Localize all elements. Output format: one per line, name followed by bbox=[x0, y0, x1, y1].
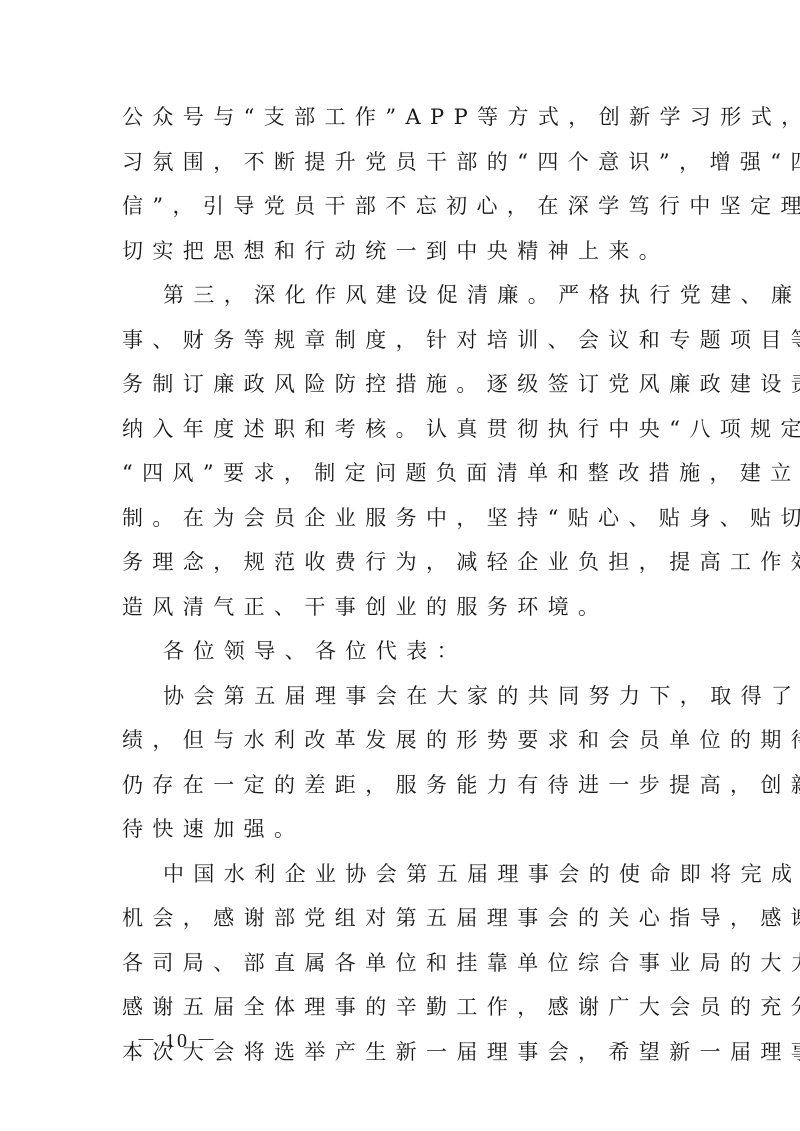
text-line: 纳入年度述职和考核。认真贯彻执行中央“八项规定”和反 bbox=[122, 407, 692, 452]
document-page: 公众号与“支部工作”APP等方式，创新学习形式，活跃学 习氛围，不断提升党员干部… bbox=[0, 0, 800, 1131]
paragraph-start-line: 第三，深化作风建设促清廉。严格执行党建、廉政、人 bbox=[122, 273, 692, 318]
salutation-line: 各位领导、各位代表： bbox=[122, 629, 692, 674]
paragraph-start-line: 协会第五届理事会在大家的共同努力下，取得了一些成 bbox=[122, 674, 692, 719]
text-line: 仍存在一定的差距，服务能力有待进一步提高，创新能力亟 bbox=[122, 763, 692, 808]
text-line: 制。在为会员企业服务中，坚持“贴心、贴身、贴切”的服 bbox=[122, 496, 692, 541]
text-line: 待快速加强。 bbox=[122, 807, 692, 852]
text-line: 公众号与“支部工作”APP等方式，创新学习形式，活跃学 bbox=[122, 95, 692, 140]
text-line: 习氛围，不断提升党员干部的“四个意识”，增强“四个自 bbox=[122, 140, 692, 185]
text-line: 造风清气正、干事创业的服务环境。 bbox=[122, 585, 692, 630]
text-line: 感谢五届全体理事的辛勤工作，感谢广大会员的充分信任。 bbox=[122, 985, 692, 1030]
body-text: 公众号与“支部工作”APP等方式，创新学习形式，活跃学 习氛围，不断提升党员干部… bbox=[122, 95, 692, 1074]
paragraph-start-line: 中国水利企业协会第五届理事会的使命即将完成，借此 bbox=[122, 852, 692, 897]
text-line: 切实把思想和行动统一到中央精神上来。 bbox=[122, 229, 692, 274]
text-line: “四风”要求，制定问题负面清单和整改措施，建立长效机 bbox=[122, 451, 692, 496]
page-number: － 10 － bbox=[136, 1024, 218, 1053]
text-line: 务理念，规范收费行为，减轻企业负担，提高工作效率，营 bbox=[122, 540, 692, 585]
text-line: 机会，感谢部党组对第五届理事会的关心指导，感谢部机关 bbox=[122, 896, 692, 941]
text-line: 绩，但与水利改革发展的形势要求和会员单位的期待相比， bbox=[122, 718, 692, 763]
text-line: 各司局、部直属各单位和挂靠单位综合事业局的大力支持， bbox=[122, 941, 692, 986]
text-line: 信”，引导党员干部不忘初心，在深学笃行中坚定理想信念， bbox=[122, 184, 692, 229]
text-line: 事、财务等规章制度，针对培训、会议和专题项目等主要业 bbox=[122, 318, 692, 363]
text-line: 务制订廉政风险防控措施。逐级签订党风廉政建设责任书， bbox=[122, 362, 692, 407]
